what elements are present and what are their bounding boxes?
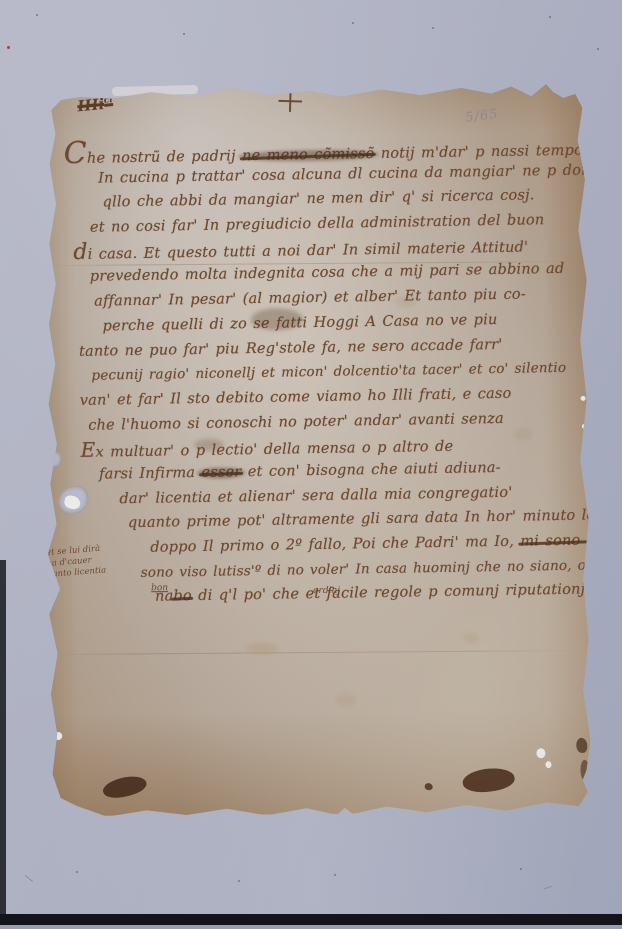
pencil-shelf-number: 5/65 — [465, 107, 500, 126]
dust-speck — [238, 880, 240, 882]
slide-photo: IHici 5/65 Che nostrũ de padrij ne meno … — [0, 0, 622, 929]
line-text: In cucina p trattar' cosa alcuna dl cuci… — [98, 161, 622, 186]
ink-spot — [425, 783, 433, 790]
line-text: farsi Infirma — [99, 465, 202, 483]
edge-stain — [576, 738, 587, 753]
struck-words: bo — [173, 588, 192, 604]
line-text: di q'l po' che et facile regole p comunj… — [192, 582, 586, 605]
ink-stain-bottom-right — [461, 765, 516, 795]
line-text: prevedendo molta indegnita cosa che a mi… — [90, 261, 565, 285]
interlinear-word-bon: bon — [151, 583, 168, 593]
line-text: sono viso lutiss'º di no voler' In casa … — [141, 557, 601, 581]
manuscript-paper: IHici 5/65 Che nostrũ de padrij ne meno … — [41, 80, 591, 816]
red-dust-speck — [7, 46, 10, 49]
film-edge-bottom — [0, 914, 622, 925]
foxing-spot — [463, 633, 479, 644]
line-text: et no cosi far' In pregiudicio della adm… — [90, 212, 545, 236]
paper-loss-spot — [545, 761, 551, 768]
film-strip-bottom — [0, 925, 622, 929]
line-text: qllo che abbi da mangiar' ne men dir' q'… — [102, 188, 534, 211]
dust-speck — [520, 868, 522, 870]
struck-words: esser — [201, 464, 241, 481]
dust-speck — [183, 33, 185, 35]
line-text: dar' licentia et alienar' sera dalla mia… — [119, 484, 512, 507]
line-text: che l'huomo si conoschi no poter' andar'… — [88, 410, 504, 433]
manuscript-lines: Che nostrũ de padrij ne meno cõmissõ not… — [40, 134, 592, 612]
paper-crease — [52, 650, 582, 655]
ink-stain-bottom-left — [101, 772, 148, 801]
struck-words: ne meno cõmissõ — [242, 146, 375, 164]
film-edge-left — [0, 560, 6, 916]
line-text: affannar' In pesar' (al magior) et alber… — [94, 287, 526, 310]
line-text: van' et far' Il sto debito come viamo ho… — [80, 386, 512, 409]
line-text: et con' bisogna che aiuti adiuna- — [241, 460, 501, 480]
paper-loss-spot — [536, 748, 545, 758]
dust-speck — [334, 874, 336, 876]
monogram-text: IHi — [77, 95, 105, 115]
dust-speck — [76, 871, 78, 873]
interlinear-word-ordinj: ordinj — [313, 586, 340, 596]
dust-speck — [549, 16, 551, 18]
cross-vertical-stroke — [289, 90, 292, 112]
dust-speck — [597, 48, 599, 50]
dust-speck — [432, 27, 434, 29]
dust-speck — [36, 14, 38, 16]
dust-speck — [352, 22, 354, 24]
foxing-spot — [336, 694, 356, 707]
line-text: quanto prime pot' altramente gli sara da… — [128, 508, 596, 532]
paper-loss-spot — [581, 396, 586, 401]
line-text: pecunij ragio' niconellj et micon' dolce… — [91, 360, 566, 384]
line-text: tanto ne puo far' piu Reg'stole fa, ne s… — [79, 336, 503, 359]
line-text: doppo Il primo o 2º fallo, Poi che Padri… — [150, 534, 520, 556]
